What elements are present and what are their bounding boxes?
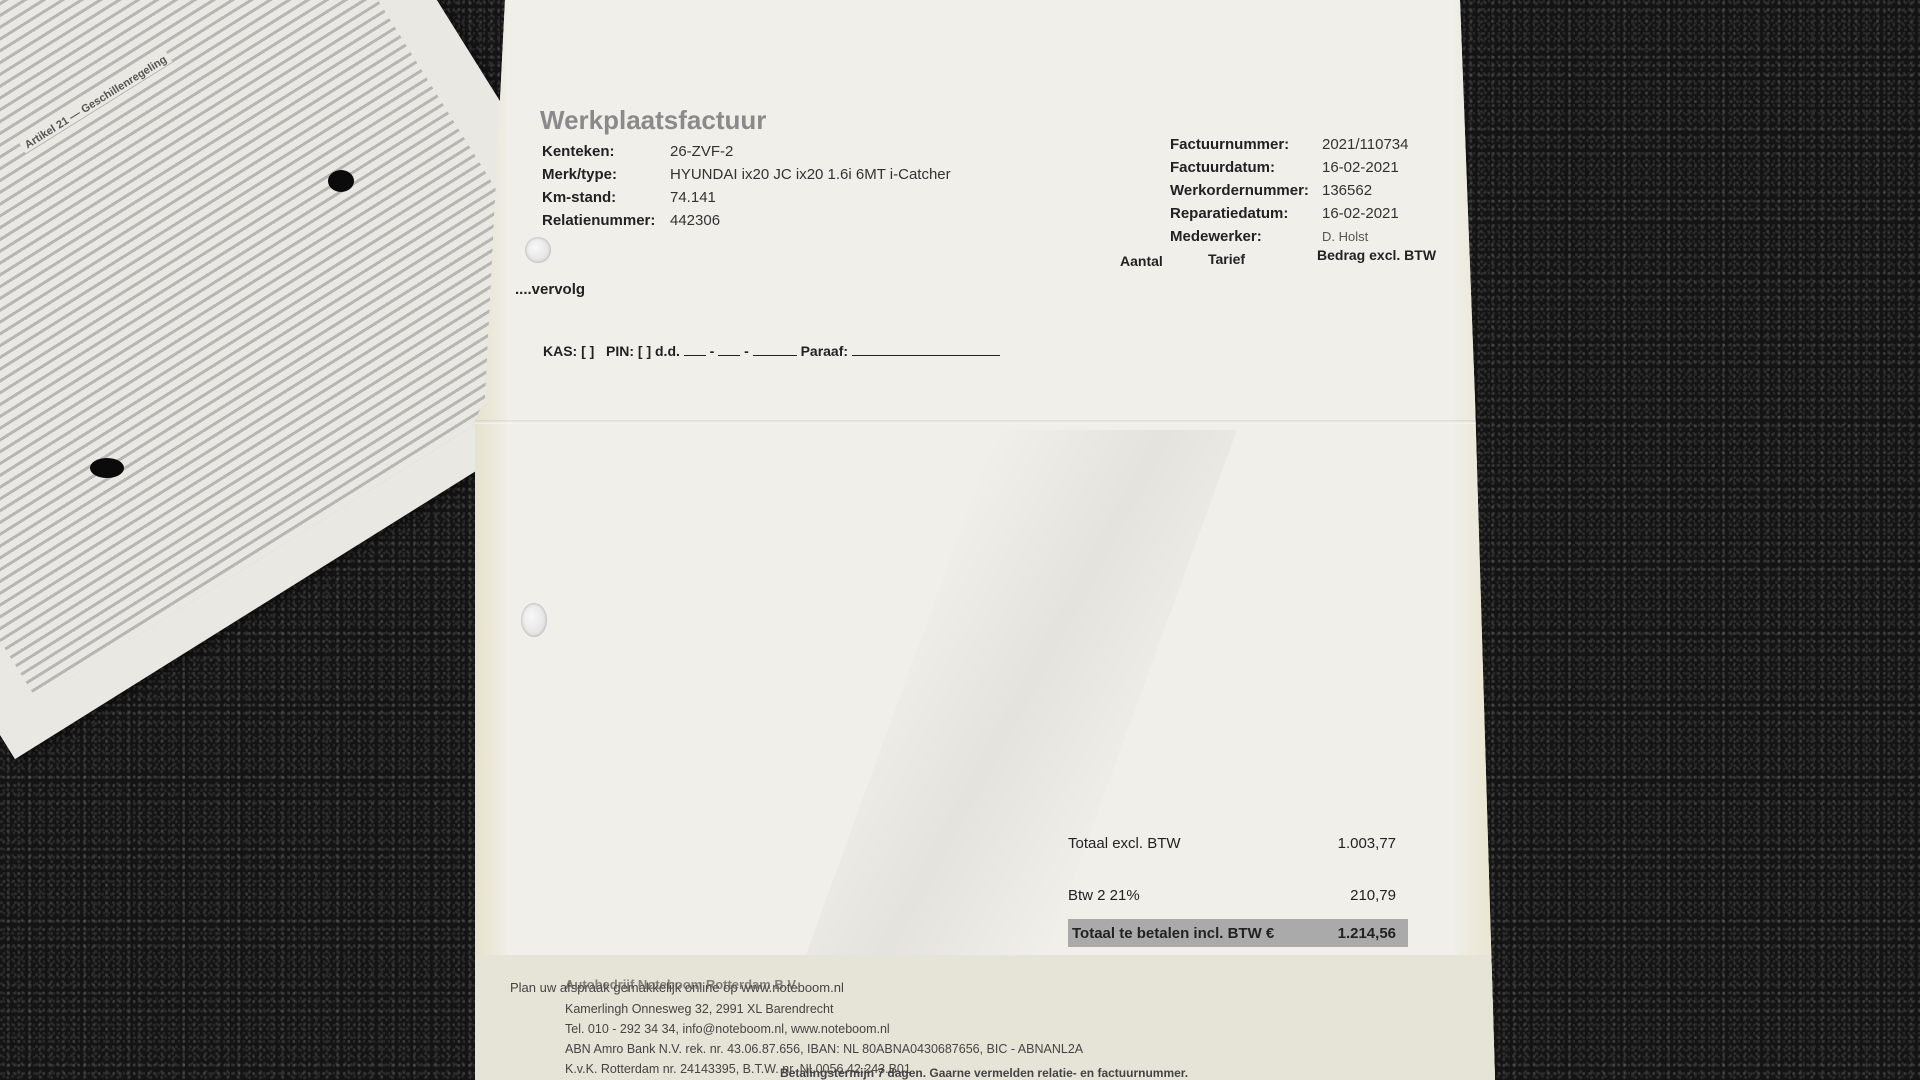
date-separator: -	[710, 343, 715, 359]
vehicle-info: Kenteken: 26-ZVF-2 Merk/type: HYUNDAI ix…	[542, 140, 951, 232]
field-label: Werkordernummer:	[1170, 182, 1322, 199]
vehicle-row-km-stand: Km-stand: 74.141	[542, 186, 951, 209]
company-address: Kamerlingh Onnesweg 32, 2991 XL Barendre…	[565, 1002, 833, 1016]
field-value: 442306	[670, 212, 720, 229]
column-aantal: Aantal	[1120, 253, 1163, 269]
total-excl-row: Totaal excl. BTW 1.003,77	[1068, 835, 1408, 852]
payment-terms: Betalingstermijn 7 dagen. Gaarne vermeld…	[780, 1066, 1188, 1080]
invoice-title: Werkplaatsfactuur	[540, 105, 766, 136]
column-tarief: Tarief	[1208, 251, 1245, 267]
paper-edge	[1455, 0, 1495, 1080]
field-label: Kenteken:	[542, 143, 670, 160]
year-blank	[753, 343, 797, 356]
company-contact: Tel. 010 - 292 34 34, info@noteboom.nl, …	[565, 1022, 890, 1036]
field-label: Merk/type:	[542, 166, 670, 183]
field-label: Relatienummer:	[542, 212, 670, 229]
field-value: 16-02-2021	[1322, 205, 1399, 222]
continuation-label: ....vervolg	[515, 281, 585, 298]
total-incl-value: 1.214,56	[1338, 925, 1408, 942]
meta-row-werkordernummer: Werkordernummer: 136562	[1170, 179, 1408, 202]
meta-row-factuurdatum: Factuurdatum: 16-02-2021	[1170, 156, 1408, 179]
field-label: Km-stand:	[542, 189, 670, 206]
field-value: D. Holst	[1322, 229, 1368, 244]
total-incl-label: Totaal te betalen incl. BTW €	[1072, 925, 1274, 942]
total-excl-label: Totaal excl. BTW	[1068, 835, 1181, 852]
btw-label: Btw 2 21%	[1068, 887, 1140, 904]
field-label: Medewerker:	[1170, 228, 1322, 245]
company-name: Autobedrijf Noteboom Rotterdam B.V.	[565, 977, 799, 992]
day-blank	[684, 343, 706, 356]
btw-row: Btw 2 21% 210,79	[1068, 887, 1408, 904]
total-incl-row: Totaal te betalen incl. BTW € 1.214,56	[1068, 919, 1408, 947]
meta-row-factuurnummer: Factuurnummer: 2021/110734	[1170, 133, 1408, 156]
punch-hole	[328, 170, 354, 192]
date-separator: -	[744, 343, 749, 359]
punch-hole	[90, 458, 124, 478]
vehicle-row-relatienummer: Relatienummer: 442306	[542, 209, 951, 232]
btw-value: 210,79	[1350, 887, 1408, 904]
field-label: Reparatiedatum:	[1170, 205, 1322, 222]
field-value: 16-02-2021	[1322, 159, 1399, 176]
payment-check-line: KAS: [ ] PIN: [ ] d.d. - - Paraaf:	[543, 343, 1000, 359]
meta-row-reparatiedatum: Reparatiedatum: 16-02-2021	[1170, 202, 1408, 225]
dd-label: d.d.	[655, 343, 680, 359]
invoice-meta: Factuurnummer: 2021/110734 Factuurdatum:…	[1170, 133, 1408, 248]
paper-fold	[475, 420, 1495, 424]
field-label: Factuurdatum:	[1170, 159, 1322, 176]
paraaf-blank	[852, 343, 1000, 356]
pin-field: PIN: [ ]	[606, 343, 651, 359]
kas-field: KAS: [ ]	[543, 343, 594, 359]
invoice-document: Werkplaatsfactuur Kenteken: 26-ZVF-2 Mer…	[475, 0, 1495, 1080]
punch-hole	[525, 237, 551, 263]
shadow	[793, 430, 1237, 990]
company-bank: ABN Amro Bank N.V. rek. nr. 43.06.87.656…	[565, 1042, 1083, 1056]
field-label: Factuurnummer:	[1170, 136, 1322, 153]
column-bedrag: Bedrag excl. BTW	[1317, 247, 1436, 263]
paraaf-label: Paraaf:	[801, 343, 848, 359]
total-excl-value: 1.003,77	[1338, 835, 1408, 852]
field-value: 26-ZVF-2	[670, 143, 733, 160]
meta-row-medewerker: Medewerker: D. Holst	[1170, 225, 1408, 248]
field-value: 2021/110734	[1322, 136, 1408, 153]
vehicle-row-kenteken: Kenteken: 26-ZVF-2	[542, 140, 951, 163]
vehicle-row-merk-type: Merk/type: HYUNDAI ix20 JC ix20 1.6i 6MT…	[542, 163, 951, 186]
field-value: HYUNDAI ix20 JC ix20 1.6i 6MT i-Catcher	[670, 166, 951, 183]
field-value: 74.141	[670, 189, 716, 206]
month-blank	[718, 343, 740, 356]
field-value: 136562	[1322, 182, 1372, 199]
punch-hole	[521, 603, 547, 637]
